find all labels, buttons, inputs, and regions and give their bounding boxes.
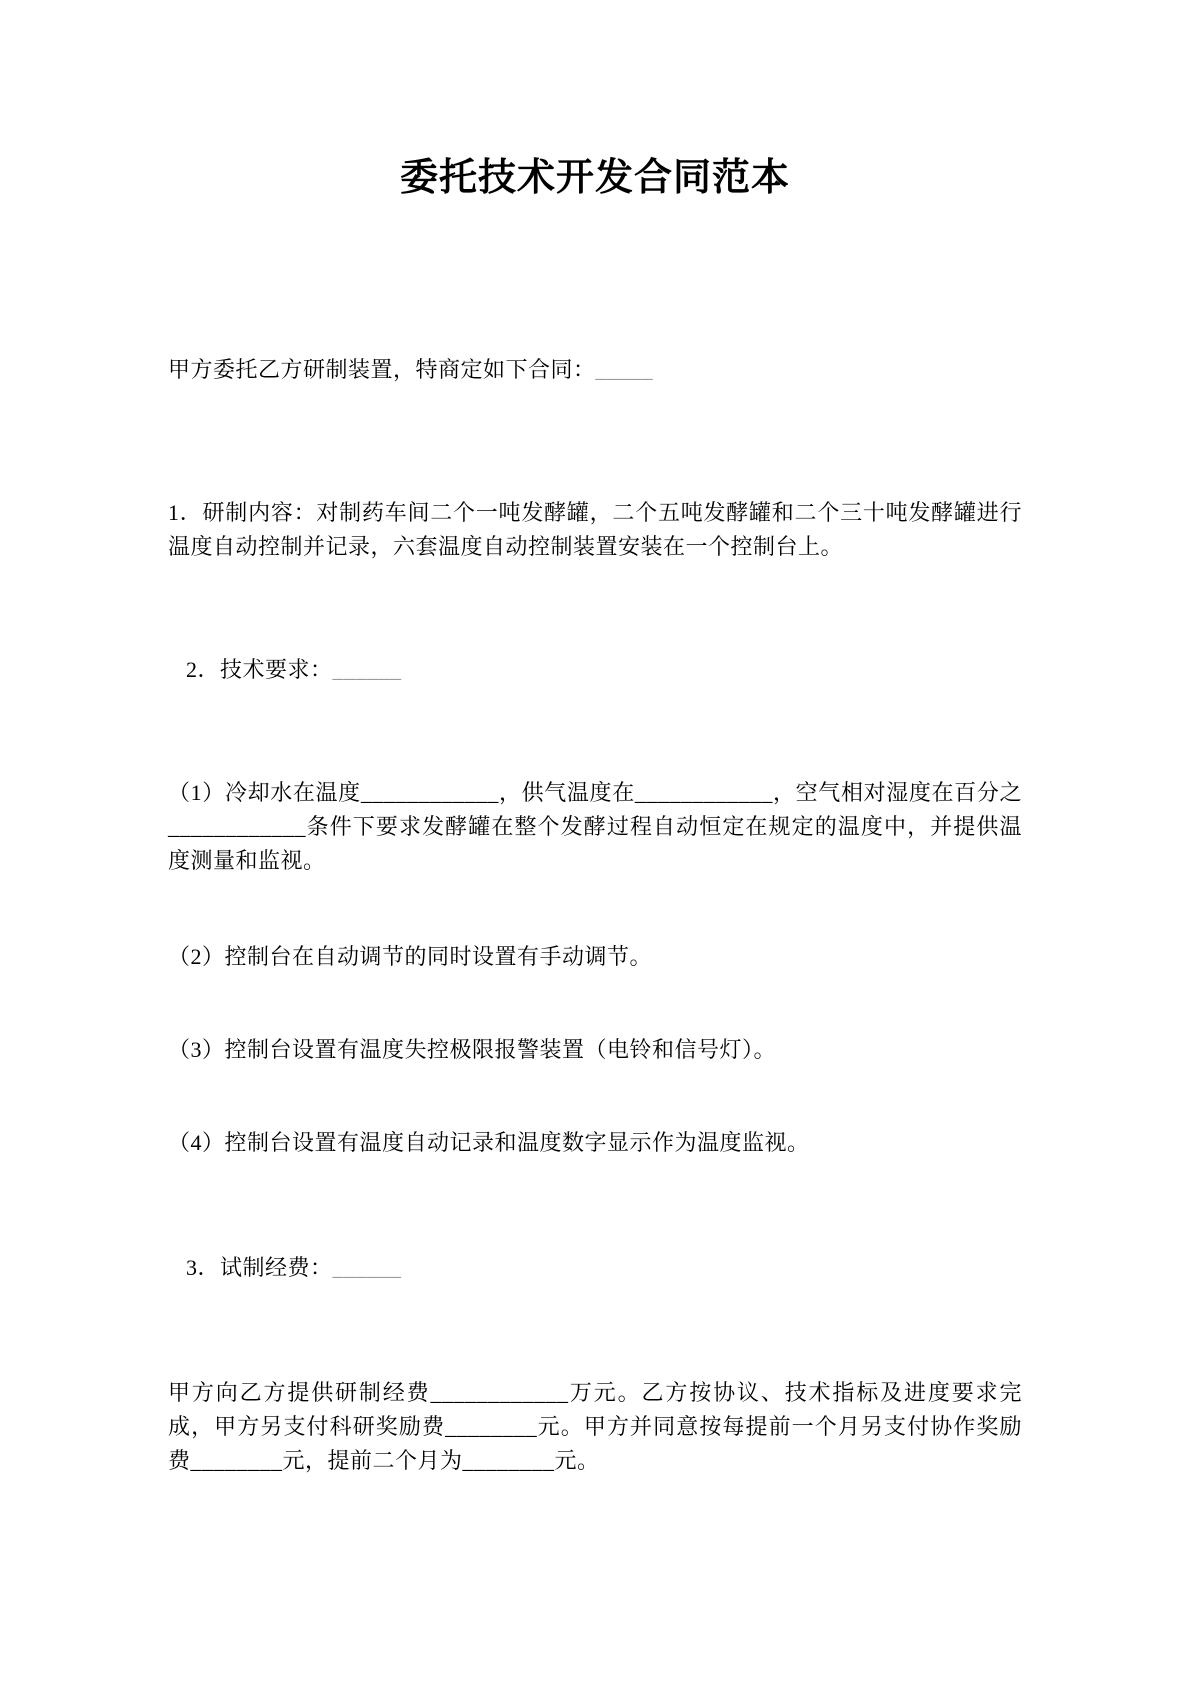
- intro-blank-line: _____: [596, 357, 654, 382]
- clause-2-blank-line: ______: [333, 657, 402, 682]
- funding-paragraph: 甲方向乙方提供研制经费____________万元。乙方按协议、技术指标及进度要…: [168, 1376, 1022, 1478]
- item-1-text-run: ，空气相对湿度在百分之: [773, 780, 1022, 805]
- document-title: 委托技术开发合同范本: [168, 150, 1022, 206]
- clause-2-label: 2．技术要求：: [186, 657, 333, 682]
- tech-requirement-item-3: （3）控制台设置有温度失控极限报警装置（电铃和信号灯）。: [168, 1033, 1022, 1067]
- tech-requirement-item-1: （1）冷却水在温度____________，供气温度在____________，…: [168, 776, 1022, 878]
- clause-2-technical-requirements: 2．技术要求：______: [168, 653, 1022, 687]
- funding-blank-line-dev-fee: ____________: [431, 1380, 569, 1405]
- item-1-text-run: （1）冷却水在温度: [168, 780, 361, 805]
- funding-blank-line-cooperation-award: ________: [191, 1448, 283, 1473]
- funding-text-run: 甲方向乙方提供研制经费: [168, 1380, 431, 1405]
- item-1-blank-line-gas-temp: ____________: [635, 780, 773, 805]
- item-1-blank-line-humidity: ____________: [168, 814, 306, 839]
- funding-text-run: 元。: [555, 1448, 600, 1473]
- item-1-blank-line-cooling-temp: ____________: [361, 780, 499, 805]
- item-1-text-run: ，供气温度在: [499, 780, 635, 805]
- contract-document-page: 委托技术开发合同范本 甲方委托乙方研制装置，特商定如下合同：_____ 1．研制…: [0, 0, 1190, 1683]
- funding-blank-line-two-months-early: ________: [463, 1448, 555, 1473]
- intro-text: 甲方委托乙方研制装置，特商定如下合同：: [168, 357, 596, 382]
- clause-3-blank-line: ______: [333, 1255, 402, 1280]
- tech-requirement-item-4: （4）控制台设置有温度自动记录和温度数字显示作为温度监视。: [168, 1126, 1022, 1160]
- clause-1-development-content: 1．研制内容：对制药车间二个一吨发酵罐，二个五吨发酵罐和二个三十吨发酵罐进行温度…: [168, 496, 1022, 564]
- intro-paragraph: 甲方委托乙方研制装置，特商定如下合同：_____: [168, 353, 1022, 387]
- clause-3-label: 3．试制经费：: [186, 1255, 333, 1280]
- funding-blank-line-research-award: ________: [445, 1414, 537, 1439]
- tech-requirement-item-2: （2）控制台在自动调节的同时设置有手动调节。: [168, 940, 1022, 974]
- funding-text-run: 元，提前二个月为: [283, 1448, 463, 1473]
- clause-3-trial-funding: 3．试制经费：______: [168, 1251, 1022, 1285]
